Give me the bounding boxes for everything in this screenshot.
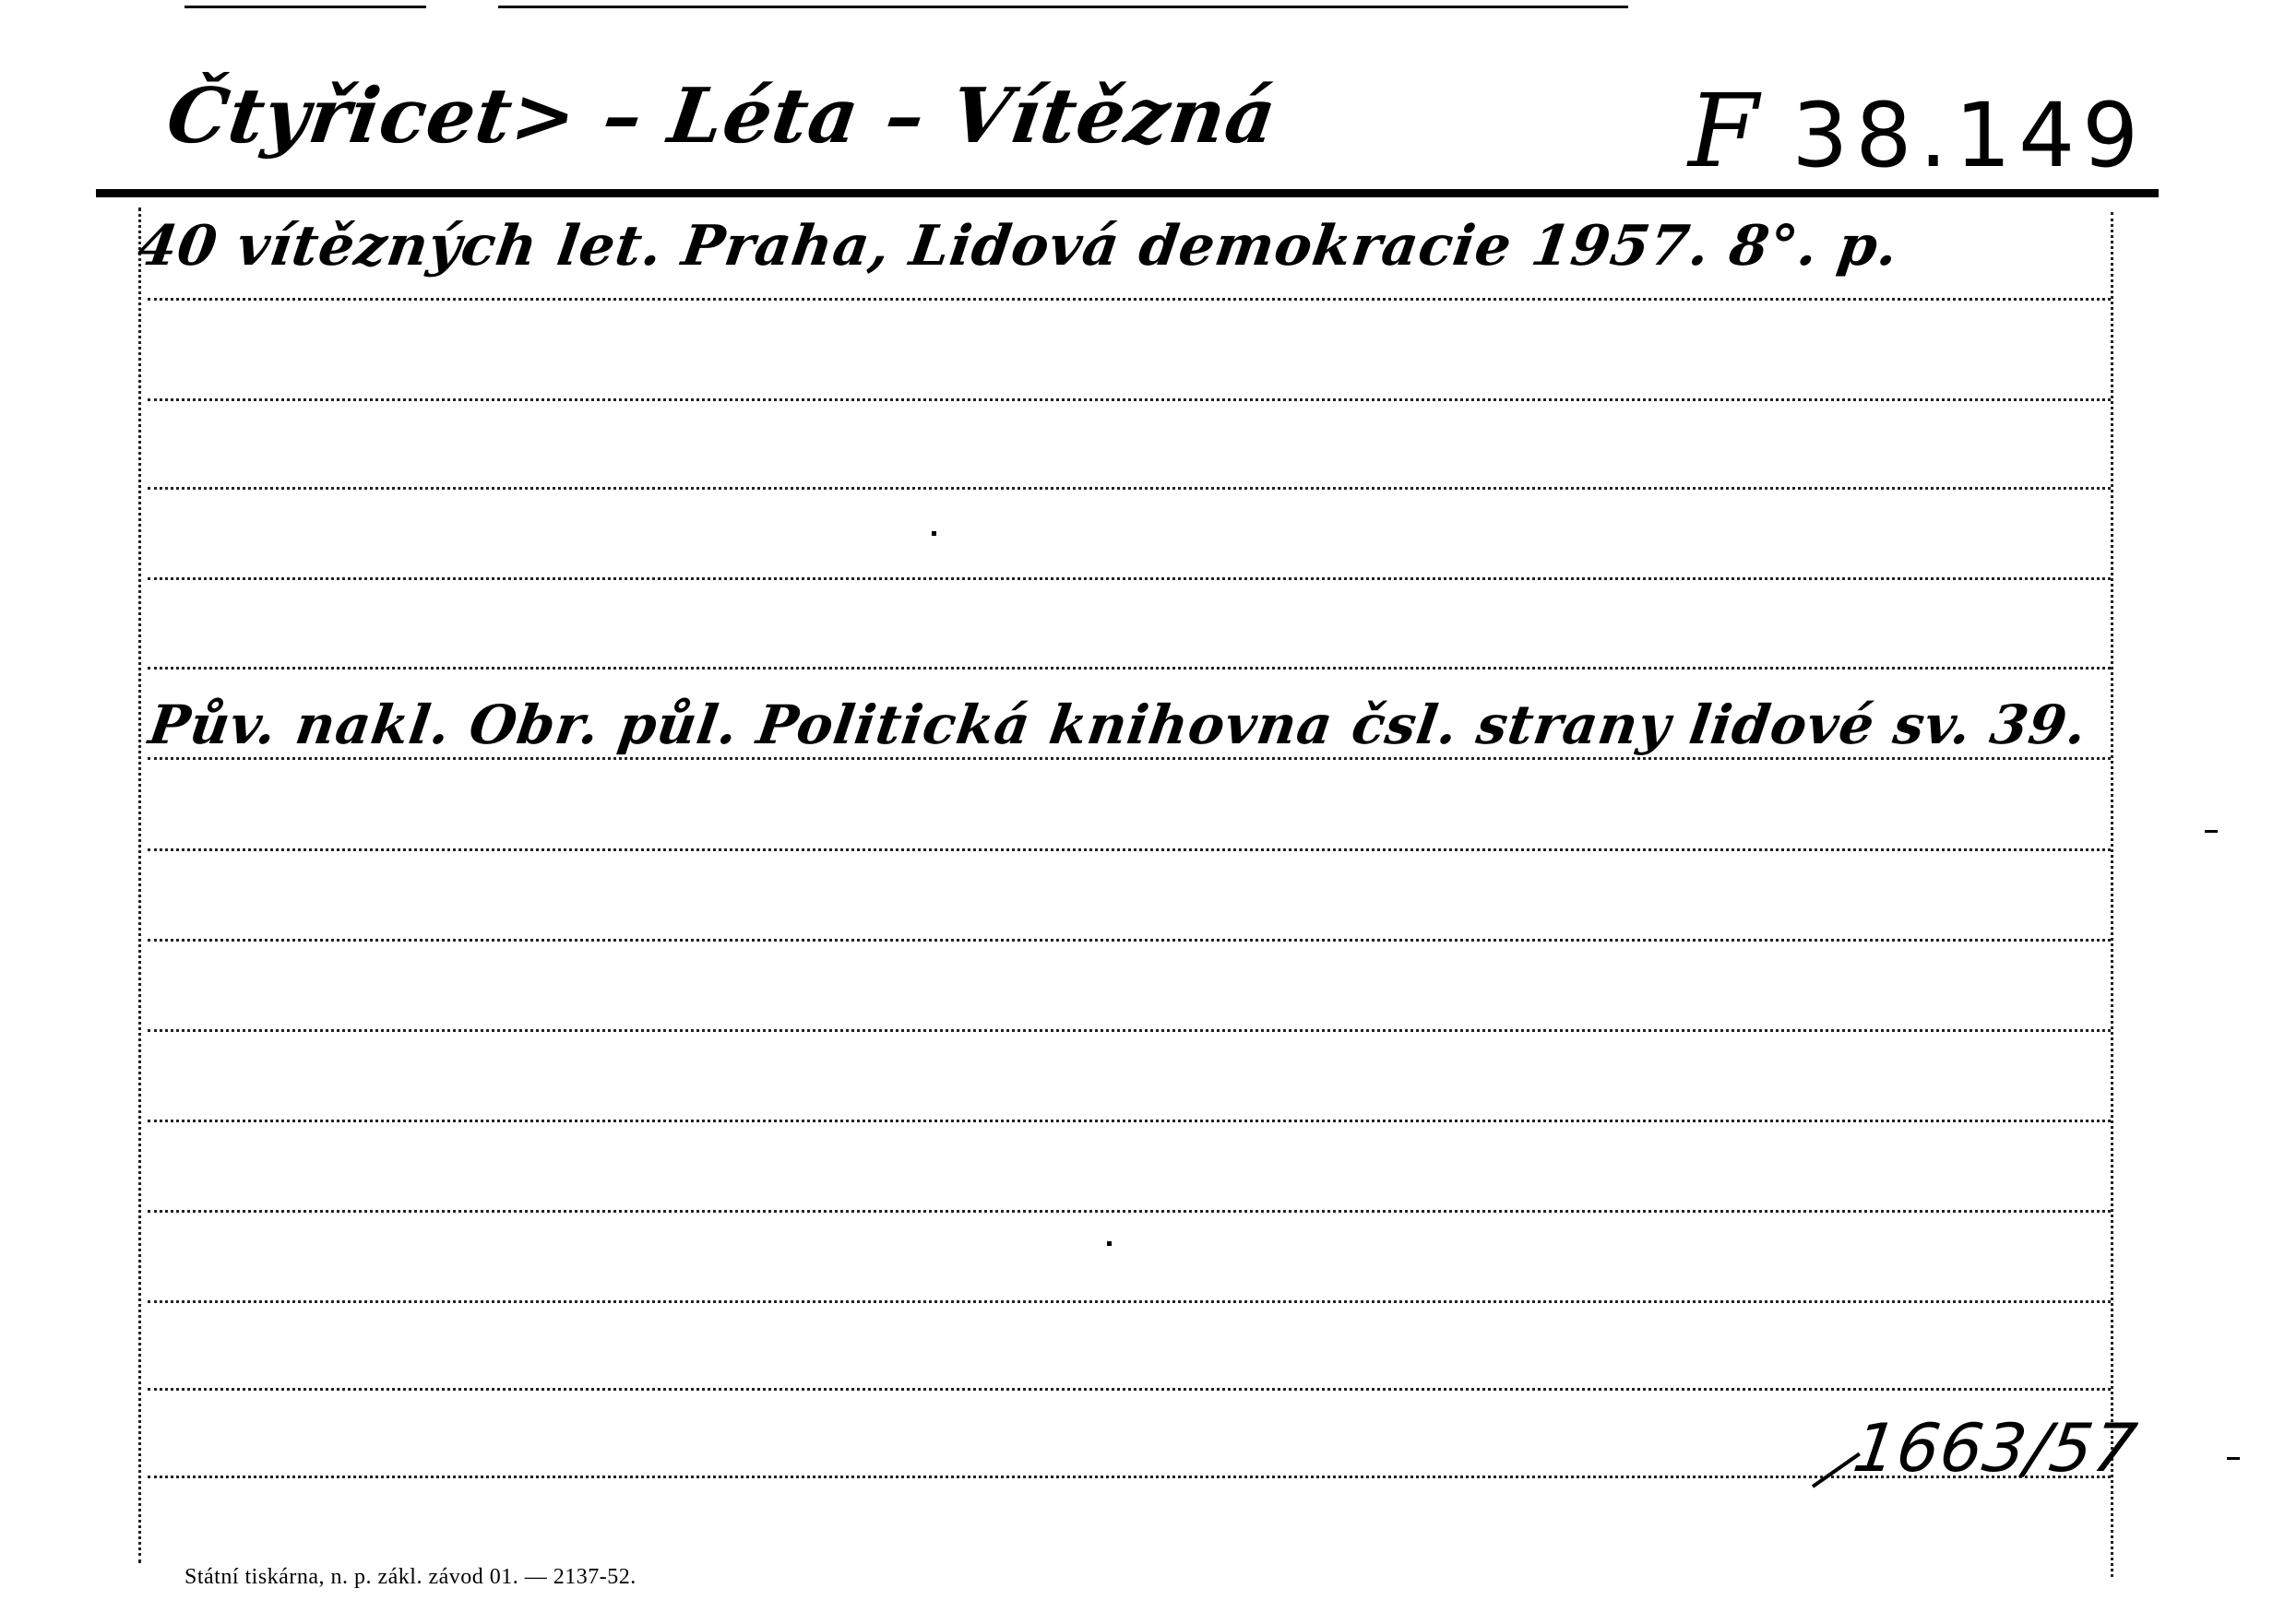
ruled-line [148, 1029, 2111, 1032]
catalog-card: Čtyřicet> – Léta – Vítězná F38.149 40 ví… [0, 0, 2273, 1624]
heading-rule [96, 189, 2159, 197]
printer-imprint: Státní tiskárna, n. p. zákl. závod 01. —… [184, 1565, 637, 1590]
ruled-line [148, 1476, 2111, 1478]
ruled-line [148, 1300, 2111, 1303]
ruled-line [148, 1388, 2111, 1391]
right-margin-line [2111, 212, 2113, 1577]
ruled-line [148, 398, 2111, 401]
ruled-line [148, 848, 2111, 851]
bibliographic-entry: 40 vítězných let. Praha, Lidová demokrac… [134, 214, 1903, 279]
scan-speck [1107, 1241, 1112, 1246]
ruled-line [148, 1120, 2111, 1122]
call-number-value: 38.149 [1791, 84, 2146, 187]
ruled-line [148, 487, 2111, 490]
ruled-line [148, 667, 2111, 670]
ruled-line [148, 1210, 2111, 1213]
left-margin-line [138, 207, 141, 1563]
ruled-line [148, 577, 2111, 580]
call-number-prefix: F [1688, 72, 1766, 190]
card-top-edge [184, 6, 426, 8]
scan-speck [2227, 1457, 2240, 1460]
ruled-line [148, 939, 2111, 942]
ruled-line [148, 298, 2111, 301]
card-top-edge [498, 6, 1628, 8]
call-number: F38.149 [1688, 72, 2146, 190]
accession-number: 1663/57 [1849, 1409, 2142, 1487]
scan-speck [2205, 830, 2218, 833]
scan-speck [932, 531, 936, 536]
ruled-line [148, 757, 2111, 760]
card-heading: Čtyřicet> – Léta – Vítězná [161, 72, 1281, 160]
publication-note: Pův. nakl. Obr. půl. Politická knihovna … [145, 693, 2091, 756]
